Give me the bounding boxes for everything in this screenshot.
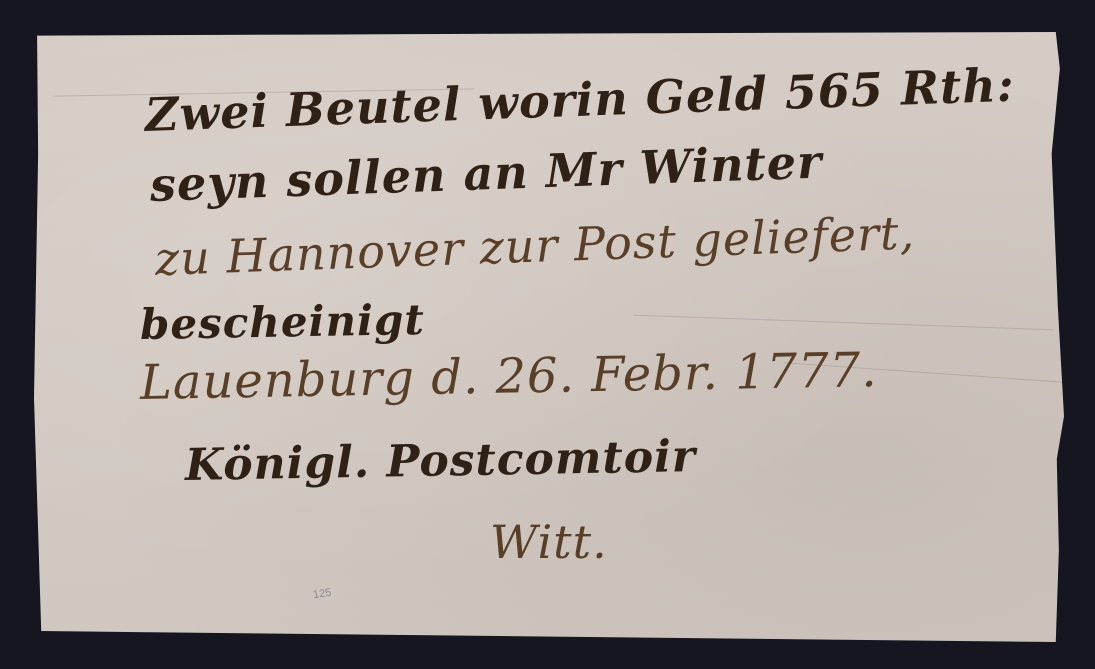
- handwritten-signature: Witt.: [490, 515, 608, 569]
- handwritten-issuer-line: Königl. Postcomtoir: [185, 431, 697, 491]
- scan-background: Zwei Beutel worin Geld 565 Rth: seyn sol…: [0, 0, 1095, 669]
- pencil-annotation: 125: [312, 587, 332, 601]
- paper-crease: [634, 315, 1054, 331]
- handwritten-line-4: bescheinigt: [140, 295, 426, 349]
